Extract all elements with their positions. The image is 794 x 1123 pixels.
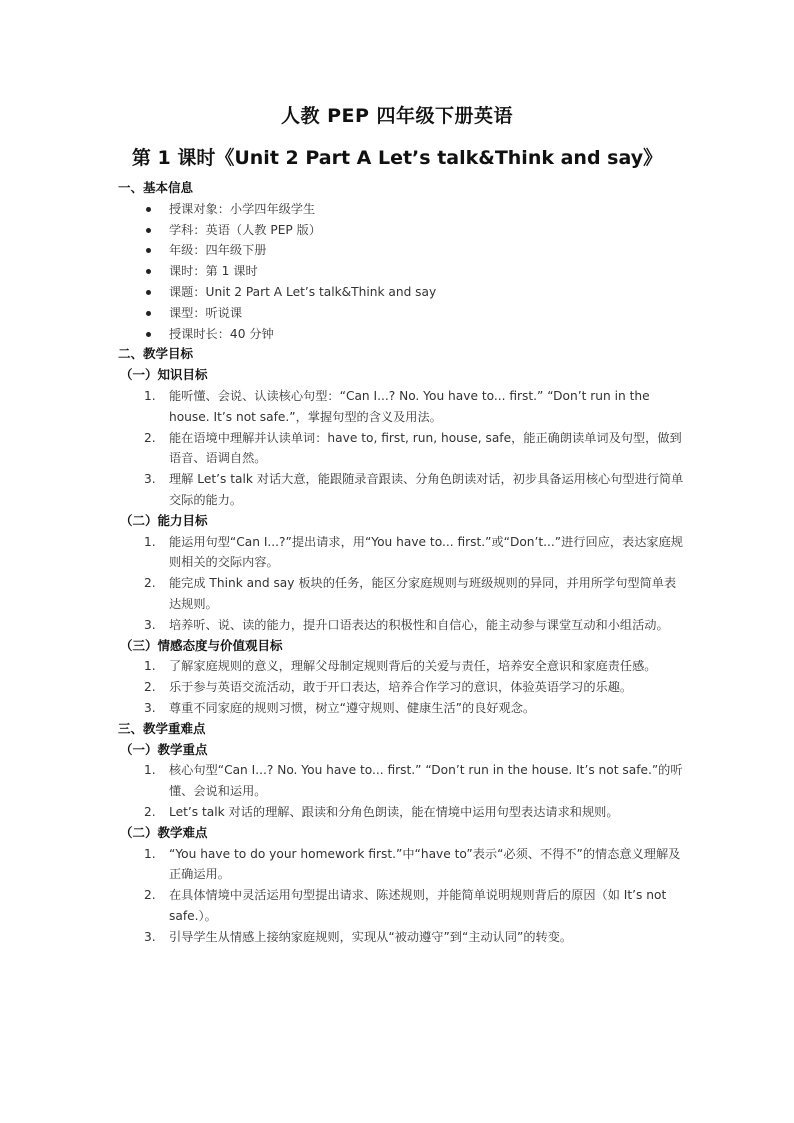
list-item: 学科：英语（人教 PEP 版） <box>118 220 688 241</box>
ability-objectives-list: 1.能运用句型“Can I...?”提出请求，用“You have to... … <box>118 532 688 636</box>
list-item: 3.理解 Let’s talk 对话大意，能跟随录音跟读、分角色朗读对话，初步具… <box>118 469 688 511</box>
list-item: 3.尊重不同家庭的规则习惯，树立“遵守规则、健康生活”的良好观念。 <box>118 698 688 719</box>
section-heading-teaching-objectives: 二、教学目标 <box>118 344 688 365</box>
list-item: 授课对象：小学四年级学生 <box>118 199 688 220</box>
values-objectives-list: 1.了解家庭规则的意义，理解父母制定规则背后的关爱与责任，培养安全意识和家庭责任… <box>118 656 688 718</box>
subsection-heading-knowledge: （一）知识目标 <box>118 365 688 386</box>
bullet-icon <box>146 269 151 274</box>
difficult-points-list: 1.“You have to do your homework first.”中… <box>118 844 688 948</box>
list-item: 1.“You have to do your homework first.”中… <box>118 844 688 886</box>
document-title: 人教 PEP 四年级下册英语 <box>0 101 794 128</box>
list-item: 2.能在语境中理解并认读单词：have to, first, run, hous… <box>118 428 688 470</box>
subsection-heading-ability: （二）能力目标 <box>118 511 688 532</box>
list-item: 1.了解家庭规则的意义，理解父母制定规则背后的关爱与责任，培养安全意识和家庭责任… <box>118 656 688 677</box>
bullet-icon <box>146 332 151 337</box>
knowledge-objectives-list: 1.能听懂、会说、认读核心句型：“Can I...? No. You have … <box>118 386 688 511</box>
subsection-heading-difficult-points: （二）教学难点 <box>118 823 688 844</box>
key-points-list: 1.核心句型“Can I...? No. You have to... firs… <box>118 760 688 822</box>
list-item: 2.乐于参与英语交流活动，敢于开口表达，培养合作学习的意识，体验英语学习的乐趣。 <box>118 677 688 698</box>
subsection-heading-key-points: （一）教学重点 <box>118 740 688 761</box>
list-item: 2.能完成 Think and say 板块的任务，能区分家庭规则与班级规则的异… <box>118 573 688 615</box>
document-body: 一、基本信息 授课对象：小学四年级学生 学科：英语（人教 PEP 版） 年级：四… <box>118 178 688 947</box>
list-item: 1.核心句型“Can I...? No. You have to... firs… <box>118 760 688 802</box>
subsection-heading-values: （三）情感态度与价值观目标 <box>118 636 688 657</box>
list-item: 2.在具体情境中灵活运用句型提出请求、陈述规则，并能简单说明规则背后的原因（如 … <box>118 885 688 927</box>
basic-info-list: 授课对象：小学四年级学生 学科：英语（人教 PEP 版） 年级：四年级下册 课时… <box>118 199 688 345</box>
bullet-icon <box>146 207 151 212</box>
list-item: 3.引导学生从情感上接纳家庭规则，实现从“被动遵守”到“主动认同”的转变。 <box>118 927 688 948</box>
document-page: 人教 PEP 四年级下册英语 第 1 课时《Unit 2 Part A Let’… <box>0 0 794 1123</box>
list-item: 年级：四年级下册 <box>118 240 688 261</box>
list-item: 3.培养听、说、读的能力，提升口语表达的积极性和自信心，能主动参与课堂互动和小组… <box>118 615 688 636</box>
bullet-icon <box>146 311 151 316</box>
list-item: 课题：Unit 2 Part A Let’s talk&Think and sa… <box>118 282 688 303</box>
list-item: 1.能运用句型“Can I...?”提出请求，用“You have to... … <box>118 532 688 574</box>
bullet-icon <box>146 290 151 295</box>
list-item: 课型：听说课 <box>118 303 688 324</box>
list-item: 课时：第 1 课时 <box>118 261 688 282</box>
list-item: 授课时长：40 分钟 <box>118 324 688 345</box>
document-subtitle: 第 1 课时《Unit 2 Part A Let’s talk&Think an… <box>0 143 794 170</box>
bullet-icon <box>146 248 151 253</box>
bullet-icon <box>146 228 151 233</box>
list-item: 1.能听懂、会说、认读核心句型：“Can I...? No. You have … <box>118 386 688 428</box>
section-heading-basic-info: 一、基本信息 <box>118 178 688 199</box>
list-item: 2.Let’s talk 对话的理解、跟读和分角色朗读，能在情境中运用句型表达请… <box>118 802 688 823</box>
section-heading-key-difficult-points: 三、教学重难点 <box>118 719 688 740</box>
